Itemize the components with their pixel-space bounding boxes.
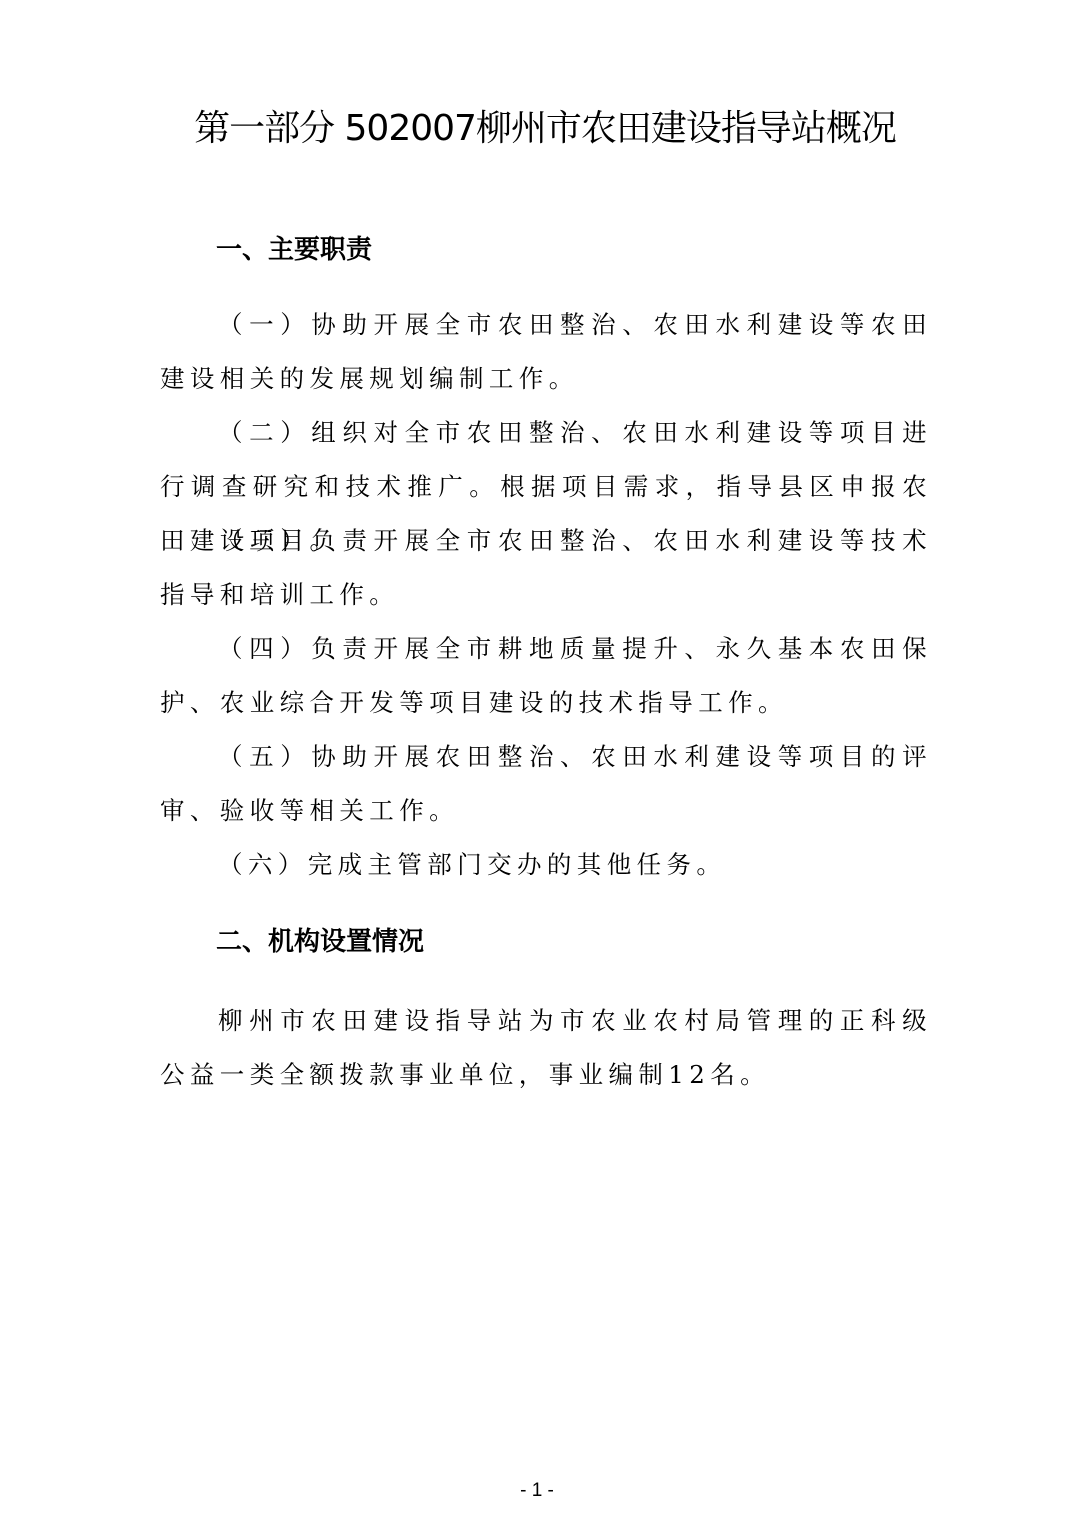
duty-paragraph-1: （一）协助开展全市农田整治、农田水利建设等农田建设相关的发展规划编制工作。: [160, 298, 932, 406]
duty-paragraph-3: （三）负责开展全市农田整治、农田水利建设等技术指导和培训工作。: [160, 514, 932, 622]
page-number: - 1 -: [0, 1480, 1074, 1502]
duty-paragraph-5: （五）协助开展农田整治、农田水利建设等项目的评审、验收等相关工作。: [160, 730, 932, 838]
duty-paragraph-4: （四）负责开展全市耕地质量提升、永久基本农田保护、农业综合开发等项目建设的技术指…: [160, 622, 932, 730]
organization-paragraph: 柳州市农田建设指导站为市农业农村局管理的正科级公益一类全额拨款事业单位，事业编制…: [160, 994, 932, 1102]
page-title: 第一部分 502007柳州市农田建设指导站概况: [160, 106, 930, 152]
section-heading-main-duties: 一、主要职责: [216, 233, 372, 267]
duty-paragraph-6: （六）完成主管部门交办的其他任务。: [160, 838, 932, 892]
section-heading-organization: 二、机构设置情况: [216, 925, 424, 959]
